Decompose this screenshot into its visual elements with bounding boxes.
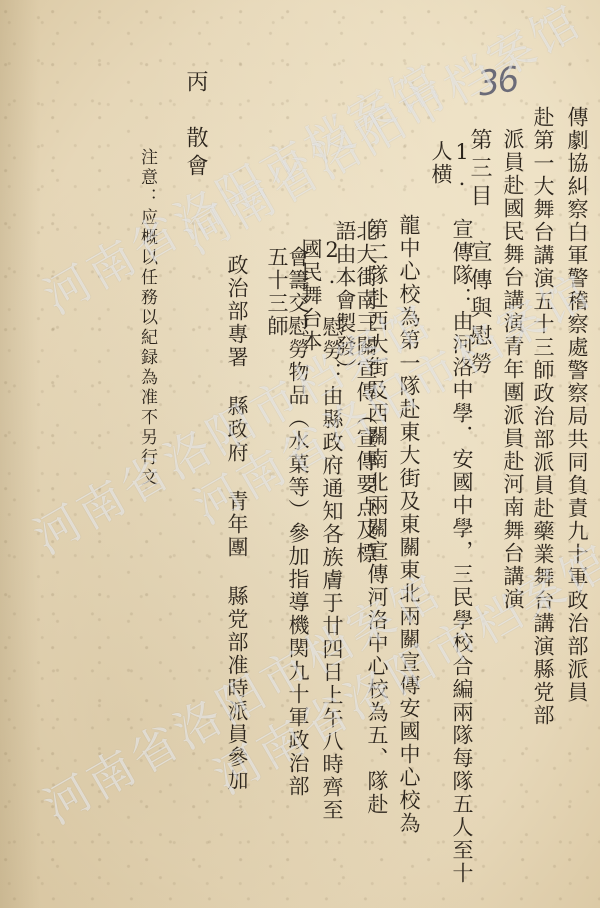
text-column-propaganda-team: 1. 宣傳隊：由河洛中學．安國中學，三民學校合編兩隊每隊五人至十人横 — [430, 140, 472, 900]
note-column: 注意：应概以任務以紀録為准不另行文 — [138, 148, 155, 608]
text-column-3: 派員赴國民舞台講演青年團派員赴河南舞台講演 — [502, 128, 523, 728]
page-number: 36 — [475, 59, 519, 104]
text-column-5: 龍中心校為第一隊赴東大街及東關東北兩關宣傳安國中心校為 — [398, 214, 419, 874]
text-column-9: 會籌交慰勞物品（水菓等）參加指導機関九十軍政治部五十三師 — [266, 246, 308, 806]
text-column-1: 傳劇協糾察白軍警稽察處警察局共同負責九十軍政治部派員 — [566, 106, 587, 906]
text-column-10: 政治部專署 縣政府 青年團 縣党部准時派員參加 — [226, 254, 247, 814]
section-heading-dismissal: 丙 散會 — [184, 70, 206, 210]
paper-fold-shadow — [0, 0, 40, 908]
text-column-2: 赴第一大舞台講演五十三師政治部派員赴藥業舞台講演縣党部 — [532, 106, 553, 906]
archival-document-page: 36 傳劇協糾察白軍警稽察處警察局共同負責九十軍政治部派員 赴第一大舞台講演五十… — [0, 0, 600, 908]
